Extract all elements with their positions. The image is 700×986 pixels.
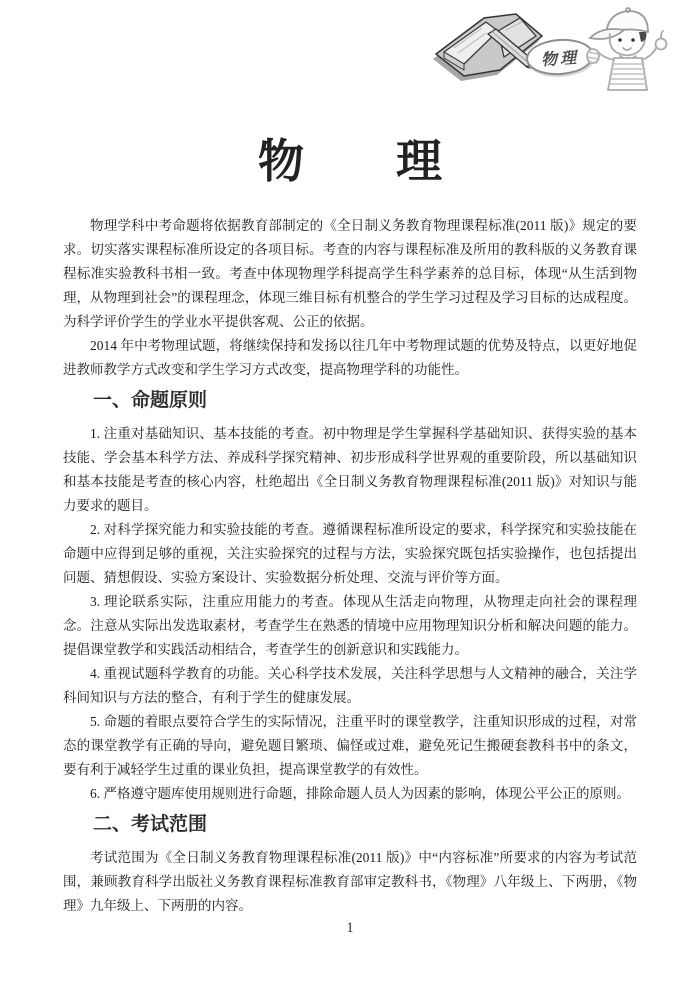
- document-page: 物理: [0, 0, 700, 986]
- title-char-1: 物: [258, 138, 304, 184]
- page-title: 物 理: [0, 138, 700, 184]
- header-illustration: 物理: [430, 2, 675, 97]
- page-number: 1: [0, 920, 700, 937]
- principle-item: 2. 对科学探究能力和实验技能的考查。遵循课程标准所设定的要求，科学探究和实验技…: [63, 518, 637, 590]
- scope-paragraph: 考试范围为《全日制义务教育物理课程标准(2011 版)》中“内容标准”所要求的内…: [63, 846, 637, 918]
- subject-badge-label: 物理: [540, 44, 580, 70]
- principle-item: 6. 严格遵守题库使用规则进行命题，排除命题人员人为因素的影响，体现公平公正的原…: [63, 782, 637, 806]
- principle-item: 5. 命题的着眼点要符合学生的实际情况，注重平时的课堂教学，注重知识形成的过程，…: [63, 710, 637, 782]
- section-heading-scope: 二、考试范围: [93, 814, 637, 837]
- document-body: 物理学科中考命题将依据教育部制定的《全日制义务教育物理课程标准(2011 版)》…: [63, 214, 637, 918]
- principle-item: 1. 注重对基础知识、基本技能的考查。初中物理是学生掌握科学基础知识、获得实验的…: [63, 422, 637, 518]
- principle-item: 4. 重视试题科学教育的功能。关心科学技术发展，关注科学思想与人文精神的融合，关…: [63, 662, 637, 710]
- section-heading-principles: 一、命题原则: [93, 390, 637, 413]
- intro-paragraph: 物理学科中考命题将依据教育部制定的《全日制义务教育物理课程标准(2011 版)》…: [63, 214, 637, 334]
- title-char-2: 理: [396, 138, 442, 184]
- intro-paragraph: 2014 年中考物理试题，将继续保持和发扬以往几年中考物理试题的优势及特点，以更…: [63, 334, 637, 382]
- boy-mascot-icon: [582, 2, 674, 94]
- principle-item: 3. 理论联系实际，注重应用能力的考查。体现从生活走向物理，从物理走向社会的课程…: [63, 590, 637, 662]
